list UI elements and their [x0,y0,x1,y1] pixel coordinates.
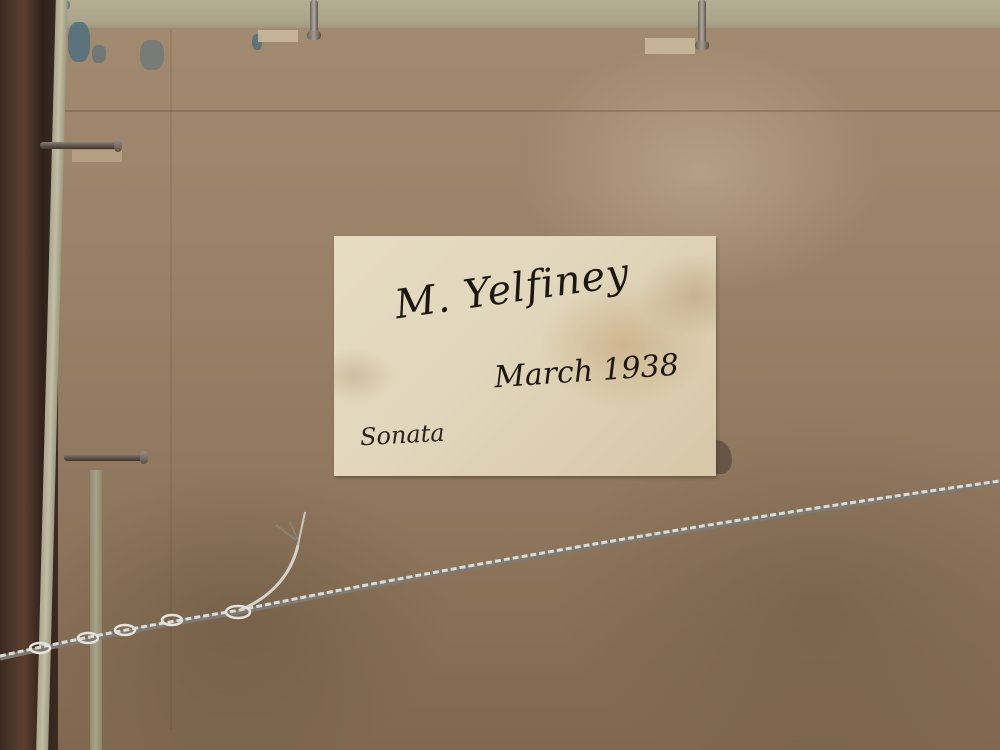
hanging-wire [0,0,1000,750]
frame-back-photo: M. Yelfiney March 1938 Sonata [0,0,1000,750]
